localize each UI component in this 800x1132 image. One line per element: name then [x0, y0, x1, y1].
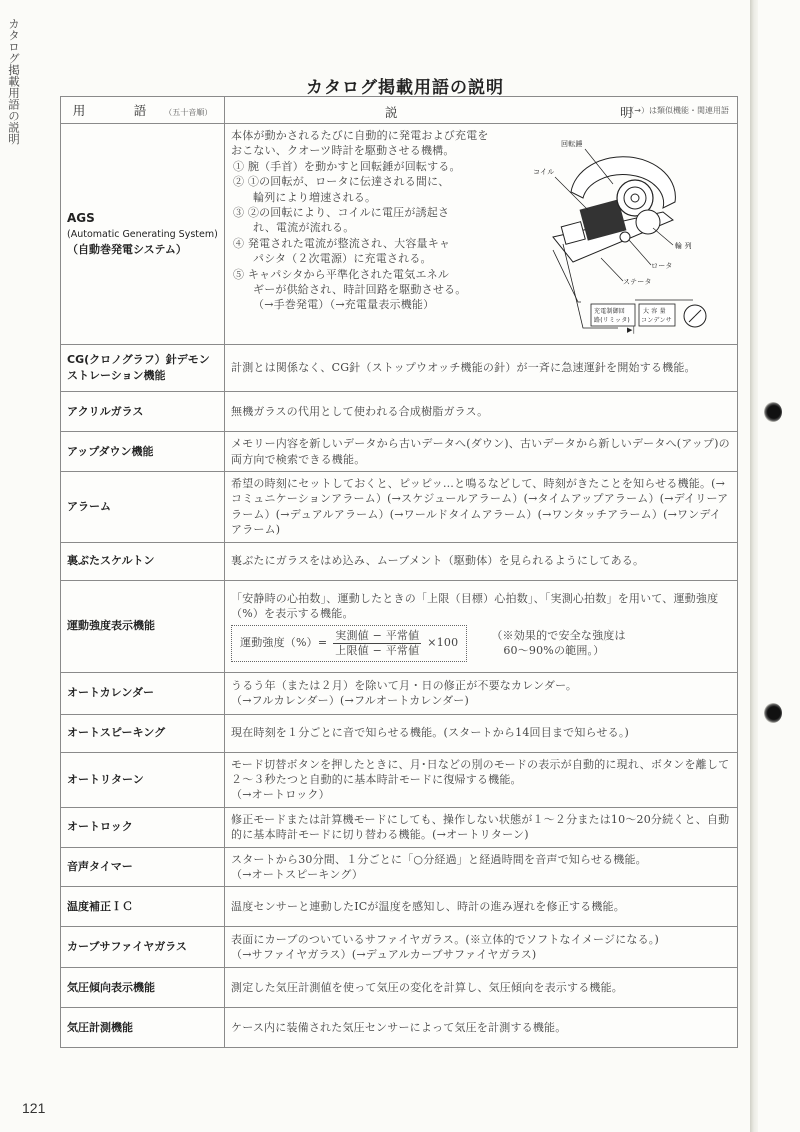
term-cell: CG(クロノグラフ）針デモンストレーション機能	[61, 345, 225, 392]
description-cell: 修正モードまたは計算機モードにしても、操作しない状態が１〜２分または10〜20分…	[225, 807, 738, 847]
svg-text:▶|: ▶|	[627, 326, 635, 334]
table-row: カーブサファイヤガラス 表面にカーブのついているサファイヤガラス。(※立体的でソ…	[61, 927, 738, 968]
page-title: カタログ掲載用語の説明	[0, 73, 800, 98]
table-row: 音声タイマー スタートから30分間、１分ごとに「○分経過」と経過時間を音声で知ら…	[61, 847, 738, 887]
term-cell: AGS (Automatic Generating System) （自動巻発電…	[61, 124, 225, 345]
description-cell: 温度センサーと連動したICが温度を感知し、時計の進み遅れを修正する機能。	[225, 887, 738, 927]
description-cell: うるう年（または２月）を除いて月・日の修正が不要なカレンダー。 （→フルカレンダ…	[225, 672, 738, 714]
term-cell: 気圧傾向表示機能	[61, 968, 225, 1008]
table-row: 気圧傾向表示機能 測定した気圧計測値を使って気圧の変化を計算し、気圧傾向を表示す…	[61, 968, 738, 1008]
description-cell: 現在時刻を１分ごとに音で知らせる機能。(スタートから14回目まで知らせる。)	[225, 714, 738, 752]
table-row: アラーム 希望の時刻にセットしておくと、ピッピッ…と鳴るなどして、時刻がきたこと…	[61, 472, 738, 543]
table-row: 裏ぶたスケルトン 裏ぶたにガラスをはめ込み、ムーブメント（駆動体）を見られるよう…	[61, 542, 738, 580]
binder-ring-hole	[764, 703, 782, 723]
description-cell: ケース内に装備された気圧センサーによって気圧を計測する機能。	[225, 1008, 738, 1048]
term-cell: 音声タイマー	[61, 847, 225, 887]
ags-mechanism-diagram: 回転錘 コイル 輪 列 ロータ ステータ 充電制御回 路(リミッタ)	[523, 132, 723, 338]
term-cell: アップダウン機能	[61, 432, 225, 472]
svg-text:コイル: コイル	[533, 168, 554, 176]
svg-text:充電制御回: 充電制御回	[594, 307, 625, 315]
term-cell: オートカレンダー	[61, 672, 225, 714]
table-row: オートスピーキング 現在時刻を１分ごとに音で知らせる機能。(スタートから14回目…	[61, 714, 738, 752]
description-cell: 表面にカーブのついているサファイヤガラス。(※立体的でソフトなイメージになる。)…	[225, 927, 738, 968]
svg-text:路(リミッタ): 路(リミッタ)	[594, 316, 630, 324]
term-cell: 温度補正ＩＣ	[61, 887, 225, 927]
term-cell: 気圧計測機能	[61, 1008, 225, 1048]
table-row: AGS (Automatic Generating System) （自動巻発電…	[61, 124, 738, 345]
description-cell: 希望の時刻にセットしておくと、ピッピッ…と鳴るなどして、時刻がきたことを知らせる…	[225, 472, 738, 543]
description-cell: 裏ぶたにガラスをはめ込み、ムーブメント（駆動体）を見られるようにしてある。	[225, 542, 738, 580]
description-cell: モード切替ボタンを押したときに、月･日などの別のモードの表示が自動的に現れ、ボタ…	[225, 752, 738, 807]
binder-rail	[750, 0, 758, 1132]
table-header: 用 語（五十音順） 説 明 （→）は類似機能・関連用語	[61, 97, 738, 124]
table-row: アップダウン機能 メモリー内容を新しいデータから古いデータへ(ダウン)、古いデー…	[61, 432, 738, 472]
description-cell: 本体が動かされるたびに自動的に発電および充電を おこない、クオーツ時計を駆動させ…	[225, 124, 738, 345]
description-cell: 無機ガラスの代用として使われる合成樹脂ガラス。	[225, 392, 738, 432]
term-cell: アラーム	[61, 472, 225, 543]
description-cell: 計測とは関係なく、CG針（ストップウオッチ機能の針）が一斉に急速運針を開始する機…	[225, 345, 738, 392]
term-cell: アクリルガラス	[61, 392, 225, 432]
description-cell: メモリー内容を新しいデータから古いデータへ(ダウン)、古いデータから新しいデータ…	[225, 432, 738, 472]
header-term-note: （五十音順）	[164, 108, 212, 117]
term-cell: オートスピーキング	[61, 714, 225, 752]
header-term: 用 語（五十音順）	[61, 97, 225, 124]
table-row: CG(クロノグラフ）針デモンストレーション機能 計測とは関係なく、CG針（ストッ…	[61, 345, 738, 392]
term-cell: カーブサファイヤガラス	[61, 927, 225, 968]
description-cell: 「安静時の心拍数」、運動したときの「上限（目標）心拍数」、「実測心拍数」を用いて…	[225, 580, 738, 672]
binder-edge	[750, 0, 800, 1132]
svg-text:コンデンサ: コンデンサ	[641, 317, 672, 324]
formula-fraction: 実測値 − 平常値 上限値 − 平常値	[333, 629, 421, 658]
table-row: 運動強度表示機能 「安静時の心拍数」、運動したときの「上限（目標）心拍数」、「実…	[61, 580, 738, 672]
svg-text:ステータ: ステータ	[623, 277, 652, 286]
term-cell: 裏ぶたスケルトン	[61, 542, 225, 580]
table-row: アクリルガラス 無機ガラスの代用として使われる合成樹脂ガラス。	[61, 392, 738, 432]
page-number: 121	[22, 1100, 45, 1116]
term-cell: オートリターン	[61, 752, 225, 807]
table-row: オートリターン モード切替ボタンを押したときに、月･日などの別のモードの表示が自…	[61, 752, 738, 807]
svg-text:輪 列: 輪 列	[675, 241, 692, 250]
svg-text:回転錘: 回転錘	[561, 139, 583, 148]
glossary-table: 用 語（五十音順） 説 明 （→）は類似機能・関連用語 AGS (Automat…	[60, 96, 738, 1048]
svg-text:大 容 量: 大 容 量	[643, 307, 666, 315]
formula-box: 運動強度（%）= 実測値 − 平常値 上限値 − 平常値 ×100	[231, 625, 467, 662]
header-description: 説 明 （→）は類似機能・関連用語	[225, 97, 738, 124]
ags-description: 本体が動かされるたびに自動的に発電および充電を おこない、クオーツ時計を駆動させ…	[231, 128, 527, 313]
table-row: オートカレンダー うるう年（または２月）を除いて月・日の修正が不要なカレンダー。…	[61, 672, 738, 714]
term-cell: オートロック	[61, 807, 225, 847]
table-row: 気圧計測機能 ケース内に装備された気圧センサーによって気圧を計測する機能。	[61, 1008, 738, 1048]
table-row: 温度補正ＩＣ 温度センサーと連動したICが温度を感知し、時計の進み遅れを修正する…	[61, 887, 738, 927]
description-cell: スタートから30分間、１分ごとに「○分経過」と経過時間を音声で知らせる機能。 （…	[225, 847, 738, 887]
formula-note: （※効果的で安全な強度は 60〜90%の範囲。）	[491, 628, 625, 658]
svg-text:ロータ: ロータ	[651, 261, 673, 270]
binder-ring-hole	[764, 402, 782, 422]
table-row: オートロック 修正モードまたは計算機モードにしても、操作しない状態が１〜２分また…	[61, 807, 738, 847]
description-cell: 測定した気圧計測値を使って気圧の変化を計算し、気圧傾向を表示する機能。	[225, 968, 738, 1008]
term-cell: 運動強度表示機能	[61, 580, 225, 672]
header-desc-note: （→）は類似機能・関連用語	[626, 105, 729, 116]
